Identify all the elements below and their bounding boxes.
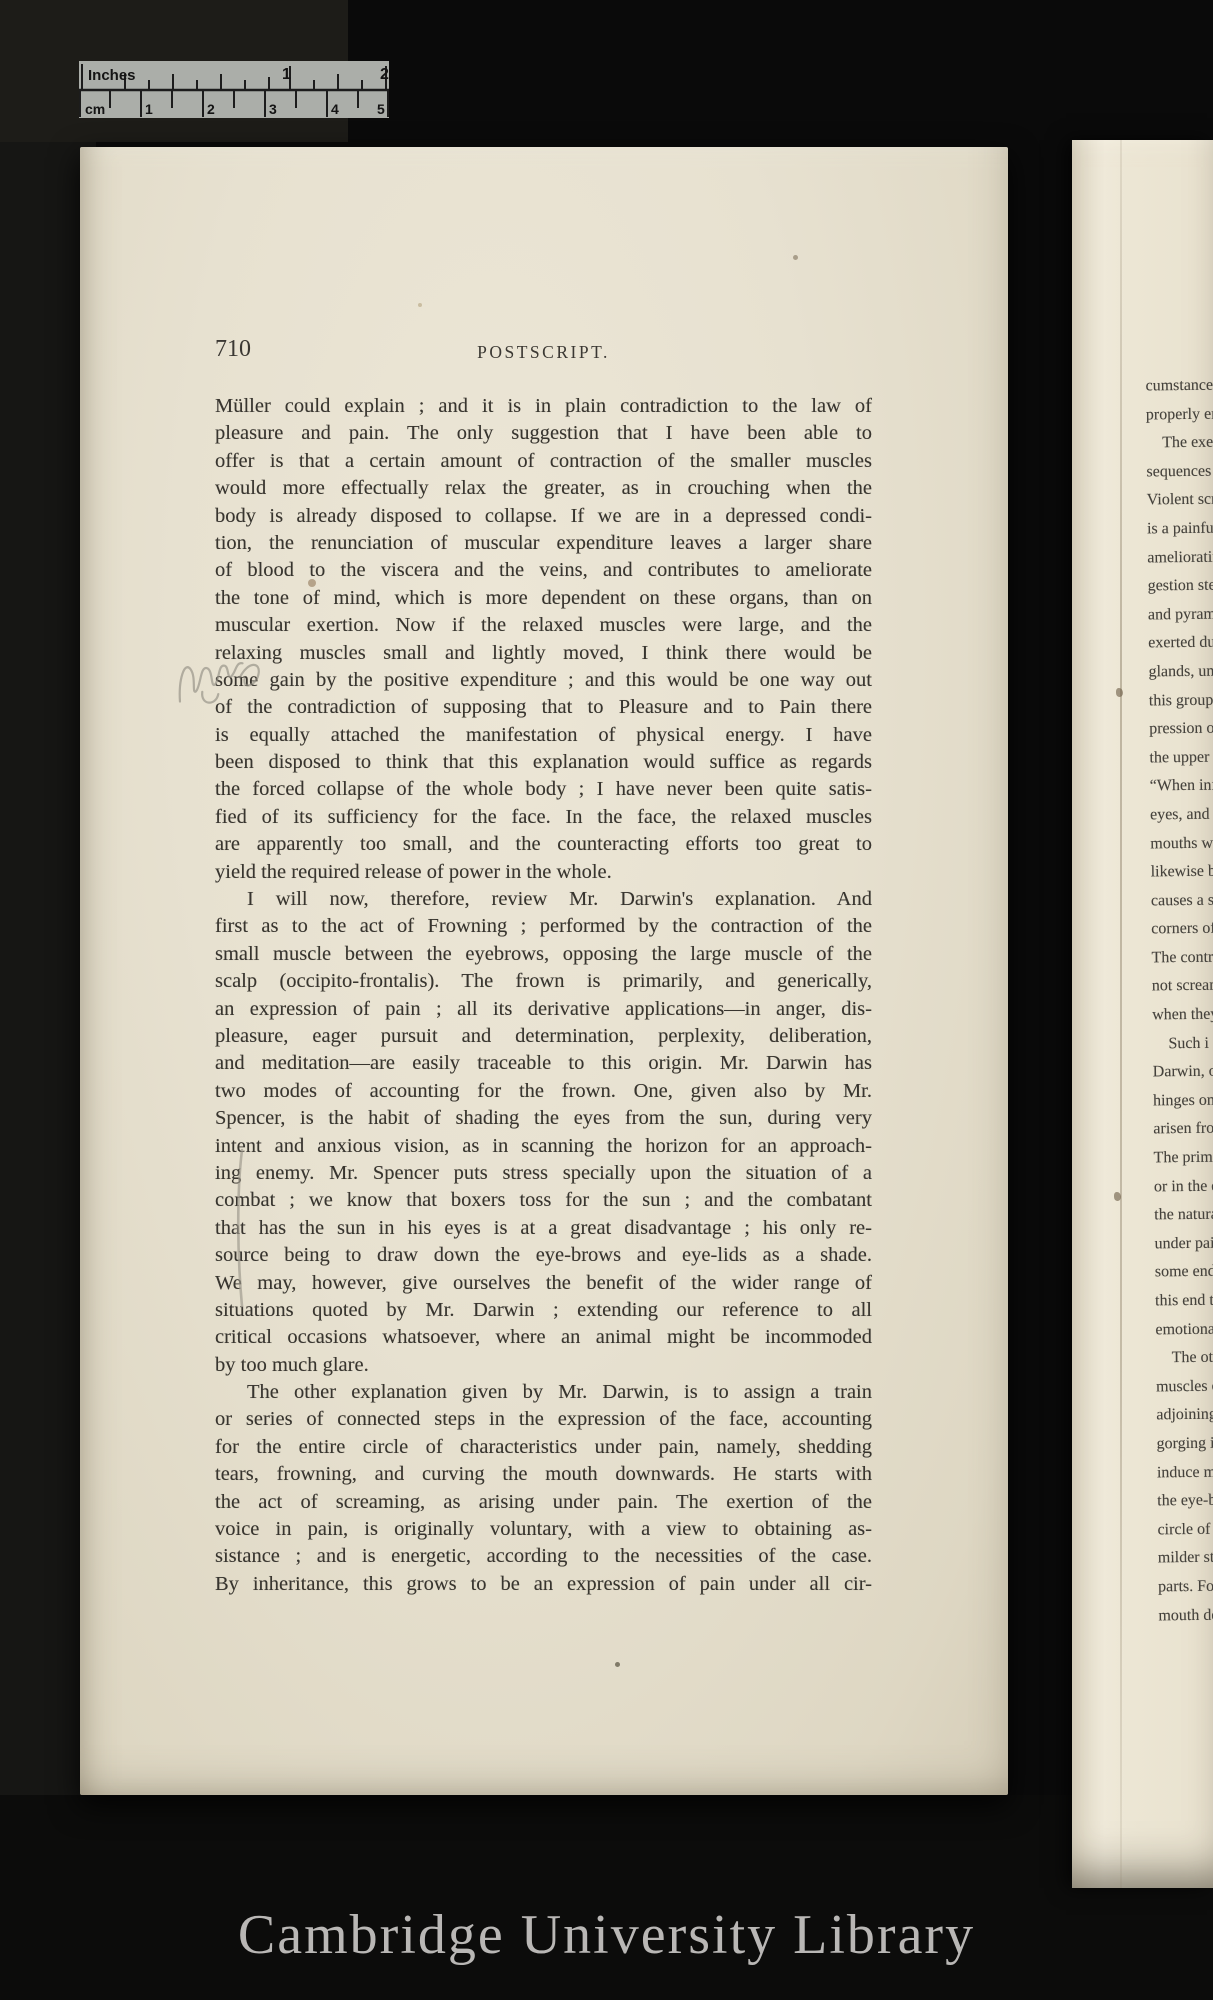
text-line: intent and anxious vision, as in scannin… bbox=[215, 1133, 872, 1160]
text-line-fragment: “When infa bbox=[1150, 772, 1213, 801]
text-line: muscular exertion. Now if the relaxed mu… bbox=[215, 612, 872, 639]
text-line: of the contradiction of supposing that t… bbox=[215, 694, 872, 721]
text-line-fragment: The primitiv bbox=[1153, 1144, 1213, 1173]
body-paragraph: I will now, therefore, review Mr. Darwin… bbox=[215, 886, 872, 1379]
text-line-fragment: Violent scre bbox=[1147, 486, 1213, 515]
text-line: We may, however, give ourselves the bene… bbox=[215, 1270, 872, 1297]
text-line-fragment: the eye-ba bbox=[1157, 1487, 1213, 1516]
body-paragraph: The other explanation given by Mr. Darwi… bbox=[215, 1379, 872, 1598]
paper-notch bbox=[1116, 688, 1123, 697]
ruler-inch-number-2: 2 bbox=[380, 66, 389, 83]
text-line-fragment: muscles of bbox=[1156, 1372, 1213, 1401]
paper-notch bbox=[1114, 1192, 1121, 1201]
text-line: and meditation—are easily traceable to t… bbox=[215, 1050, 872, 1077]
foxing-spot bbox=[793, 255, 798, 260]
text-line-fragment: hinges on tw bbox=[1153, 1086, 1213, 1115]
text-line: combat ; we know that boxers toss for th… bbox=[215, 1187, 872, 1214]
text-line-fragment: gorging is bbox=[1156, 1430, 1213, 1459]
text-line: is equally attached the manifestation of… bbox=[215, 722, 872, 749]
body-paragraph: Müller could explain ; and it is in plai… bbox=[215, 393, 872, 886]
text-line-fragment: sequences an bbox=[1146, 457, 1213, 486]
ruler-inch-number-1: 1 bbox=[282, 66, 291, 83]
text-line: Spencer, is the habit of shading the eye… bbox=[215, 1105, 872, 1132]
text-line: By inheritance, this grows to be an expr… bbox=[215, 1571, 872, 1598]
text-line-fragment: eyes, and th bbox=[1150, 801, 1213, 830]
text-line: body is already disposed to collapse. If… bbox=[215, 503, 872, 530]
text-line: ing enemy. Mr. Spencer puts stress speci… bbox=[215, 1160, 872, 1187]
text-line: small muscle between the eyebrows, oppos… bbox=[215, 941, 872, 968]
text-line-fragment: Such i bbox=[1152, 1029, 1213, 1058]
text-line: that has the sun in his eyes is at a gre… bbox=[215, 1215, 872, 1242]
text-line-fragment: cumstances ; bbox=[1145, 372, 1213, 401]
text-line: yield the required release of power in t… bbox=[215, 859, 872, 886]
text-line-fragment: emotional e bbox=[1155, 1315, 1213, 1344]
text-line-fragment: this group o bbox=[1149, 686, 1213, 715]
foxing-spot bbox=[615, 1662, 620, 1667]
text-line: pleasure, eager pursuit and determinatio… bbox=[215, 1023, 872, 1050]
ruler-cm-number-4: 4 bbox=[331, 101, 339, 117]
text-line-fragment: milder stat bbox=[1158, 1544, 1213, 1573]
text-line-fragment: the natural bbox=[1154, 1201, 1213, 1230]
text-line: tears, frowning, and curving the mouth d… bbox=[215, 1461, 872, 1488]
text-line: Müller could explain ; and it is in plai… bbox=[215, 393, 872, 420]
foxing-spot bbox=[308, 579, 316, 587]
text-line-fragment: is a painful bbox=[1147, 515, 1213, 544]
text-line-fragment: some end te bbox=[1155, 1258, 1213, 1287]
body-text-column: Müller could explain ; and it is in plai… bbox=[215, 393, 872, 1598]
text-line: pleasure and pain. The only suggestion t… bbox=[215, 420, 872, 447]
measurement-ruler: Inches 1 2 cm 1 2 3 4 5 bbox=[79, 61, 389, 118]
text-line: an expression of pain ; all its derivati… bbox=[215, 996, 872, 1023]
text-line: relaxing muscles small and lightly moved… bbox=[215, 640, 872, 667]
text-line: the tone of mind, which is more dependen… bbox=[215, 585, 872, 612]
text-line: sistance ; and is energetic, according t… bbox=[215, 1543, 872, 1570]
background-cloth-bottom bbox=[0, 1795, 1213, 2000]
text-line: two modes of accounting for the frown. O… bbox=[215, 1078, 872, 1105]
text-line-fragment: The ot bbox=[1156, 1344, 1213, 1373]
text-line-fragment: the upper l bbox=[1149, 743, 1213, 772]
text-line-fragment: likewise bro bbox=[1151, 858, 1213, 887]
text-line-fragment: glands, unde bbox=[1148, 658, 1213, 687]
library-watermark: Cambridge University Library bbox=[0, 1903, 1213, 1967]
text-line: tion, the renunciation of muscular expen… bbox=[215, 530, 872, 557]
ruler-inches-label: Inches bbox=[88, 67, 136, 84]
text-line-fragment: when they c bbox=[1152, 1001, 1213, 1030]
text-line-fragment: adjoining p bbox=[1156, 1401, 1213, 1430]
text-line-fragment: Darwin, of t bbox=[1153, 1058, 1213, 1087]
text-line-fragment: circle of m bbox=[1157, 1515, 1213, 1544]
text-line: some gain by the positive expenditure ; … bbox=[215, 667, 872, 694]
text-line-fragment: pression of bbox=[1149, 715, 1213, 744]
text-line-fragment: arisen from bbox=[1153, 1115, 1213, 1144]
ruler-graphic: Inches 1 2 cm 1 2 3 4 5 bbox=[79, 61, 389, 118]
text-line-fragment: mouth dep bbox=[1158, 1601, 1213, 1630]
text-line: the forced collapse of the whole body ; … bbox=[215, 776, 872, 803]
text-line-fragment: under pain, bbox=[1154, 1229, 1213, 1258]
text-line: voice in pain, is originally voluntary, … bbox=[215, 1516, 872, 1543]
ruler-cm-number-2: 2 bbox=[207, 101, 215, 117]
text-line-fragment: ameliorating bbox=[1147, 543, 1213, 572]
text-line: first as to the act of Frowning ; perfor… bbox=[215, 913, 872, 940]
text-line: fied of its sufficiency for the face. In… bbox=[215, 804, 872, 831]
text-line: offer is that a certain amount of contra… bbox=[215, 448, 872, 475]
text-line: scalp (occipito-frontalis). The frown is… bbox=[215, 968, 872, 995]
foxing-spot bbox=[418, 303, 422, 307]
ruler-cm-number-3: 3 bbox=[269, 101, 277, 117]
text-line-fragment: causes a slig bbox=[1151, 886, 1213, 915]
book-page: 710 POSTSCRIPT. Müller could explain ; a… bbox=[80, 147, 1008, 1795]
next-page-edge: cumstances ;properly em The exesequences… bbox=[1072, 140, 1213, 1888]
page-crease bbox=[1120, 140, 1122, 1888]
text-line-fragment: properly em bbox=[1146, 400, 1213, 429]
text-line: critical occasions whatsoever, where an … bbox=[215, 1324, 872, 1351]
text-line: I will now, therefore, review Mr. Darwin… bbox=[215, 886, 872, 913]
next-page-text-fragments: cumstances ;properly em The exesequences… bbox=[1145, 372, 1213, 1631]
text-line-fragment: The exe bbox=[1146, 429, 1213, 458]
text-line-fragment: and pyrami bbox=[1148, 600, 1213, 629]
text-line-fragment: this end tr bbox=[1155, 1287, 1213, 1316]
text-line: situations quoted by Mr. Darwin ; extend… bbox=[215, 1297, 872, 1324]
ruler-cm-number-1: 1 bbox=[145, 101, 153, 117]
text-line: the act of screaming, as arising under p… bbox=[215, 1489, 872, 1516]
text-line-fragment: induce mo bbox=[1157, 1458, 1213, 1487]
text-line-fragment: exerted duri bbox=[1148, 629, 1213, 658]
ruler-cm-number-5: 5 bbox=[377, 101, 385, 117]
text-line: are apparently too small, and the counte… bbox=[215, 831, 872, 858]
text-line-fragment: gestion stem bbox=[1148, 572, 1213, 601]
text-line: or series of connected steps in the expr… bbox=[215, 1406, 872, 1433]
text-line: The other explanation given by Mr. Darwi… bbox=[215, 1379, 872, 1406]
text-line-fragment: The contrac bbox=[1151, 944, 1213, 973]
scanned-book-photograph: Inches 1 2 cm 1 2 3 4 5 710 POSTSCRIPT. … bbox=[0, 0, 1213, 2000]
text-line-fragment: mouths wide bbox=[1150, 829, 1213, 858]
running-head: POSTSCRIPT. bbox=[215, 342, 872, 363]
text-line: source being to draw down the eye-brows … bbox=[215, 1242, 872, 1269]
text-line-fragment: parts. Fo bbox=[1158, 1573, 1213, 1602]
ruler-cm-label: cm bbox=[85, 101, 105, 117]
text-line: by too much glare. bbox=[215, 1352, 872, 1379]
text-line-fragment: corners of t bbox=[1151, 915, 1213, 944]
margin-pencil-line bbox=[236, 1148, 246, 1313]
text-line: for the entire circle of characteristics… bbox=[215, 1434, 872, 1461]
text-line-fragment: not screamin bbox=[1152, 972, 1213, 1001]
text-line: been disposed to think that this explana… bbox=[215, 749, 872, 776]
text-line: would more effectually relax the greater… bbox=[215, 475, 872, 502]
text-line-fragment: or in the eff bbox=[1154, 1172, 1213, 1201]
